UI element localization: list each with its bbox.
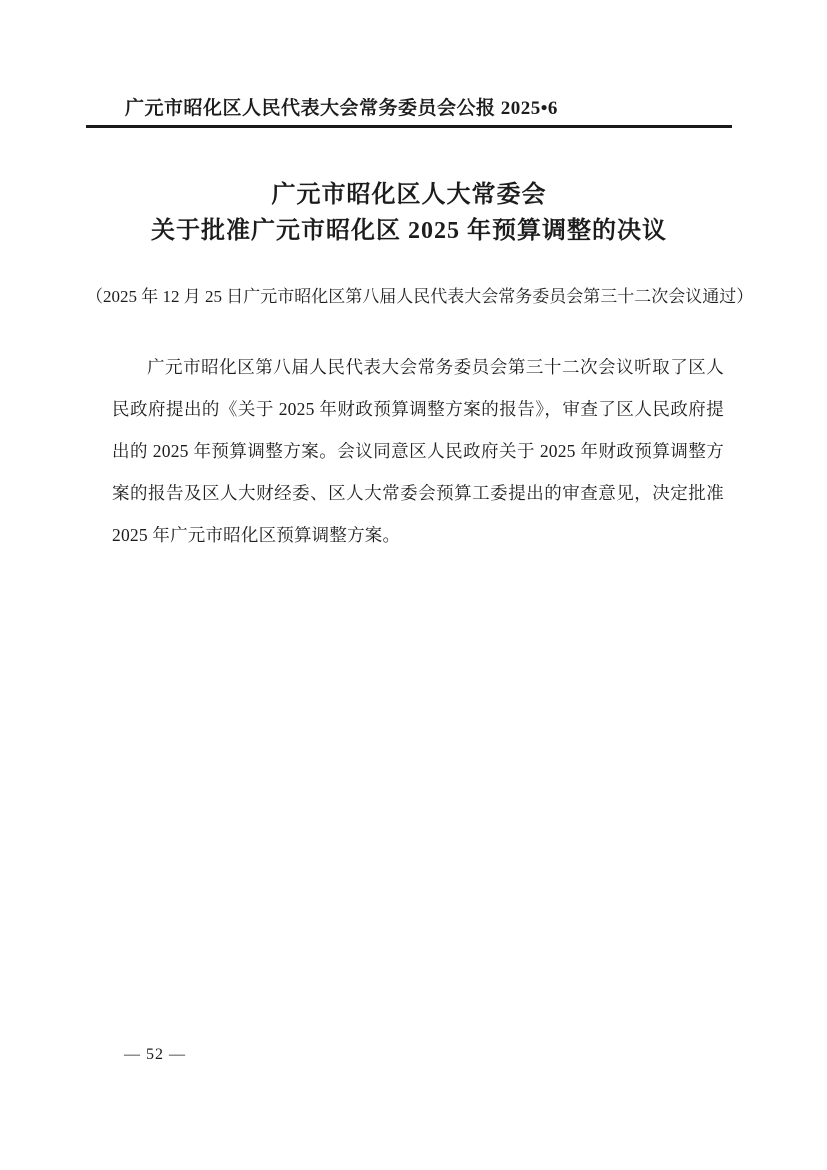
document-title-line1: 广元市昭化区人大常委会: [86, 177, 732, 213]
document-title-line2: 关于批准广元市昭化区 2025 年预算调整的决议: [86, 213, 732, 249]
masthead-rule: [86, 125, 732, 128]
masthead-title: 广元市昭化区人民代表大会常务委员会公报 2025•6: [125, 96, 558, 122]
body-paragraph: 广元市昭化区第八届人民代表大会常务委员会第三十二次会议听取了区人民政府提出的《关…: [112, 346, 724, 556]
page-number: — 52 —: [124, 1044, 186, 1066]
document-page: 广元市昭化区人民代表大会常务委员会公报 2025•6 广元市昭化区人大常委会 关…: [0, 0, 827, 1170]
meeting-adoption-note: （2025 年 12 月 25 日广元市昭化区第八届人民代表大会常务委员会第三十…: [86, 284, 732, 310]
document-title: 广元市昭化区人大常委会 关于批准广元市昭化区 2025 年预算调整的决议: [86, 177, 732, 249]
